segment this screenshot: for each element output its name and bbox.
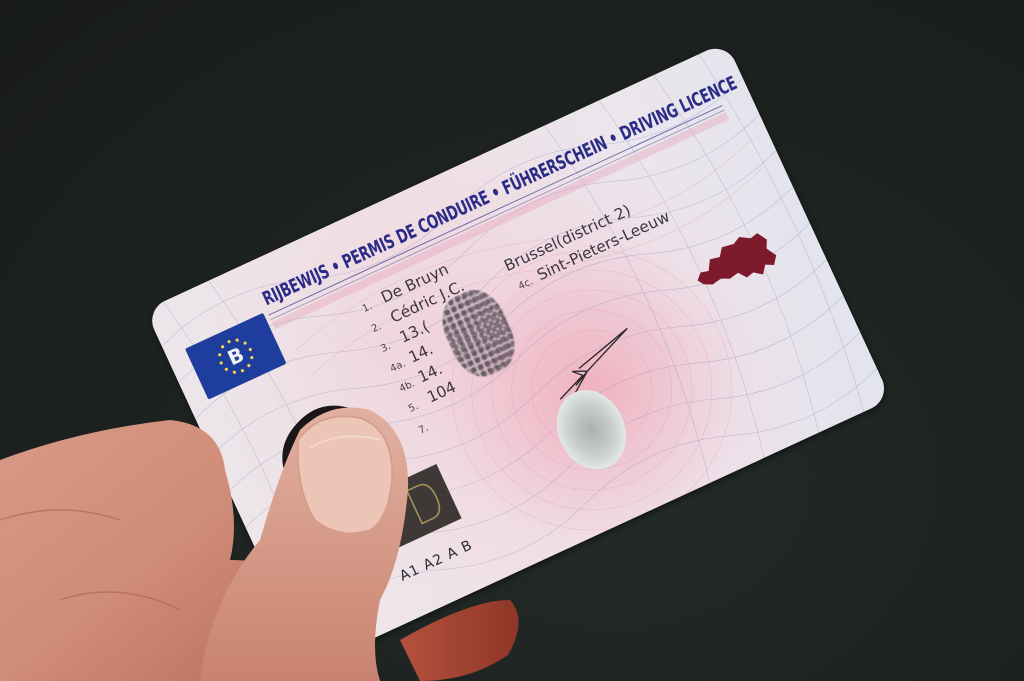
thumbnail (298, 416, 392, 533)
index-finger-under-card (400, 600, 519, 681)
hand (0, 0, 1024, 681)
photo-scene: B RIJBEWIJS • PERMIS DE CONDUIRE • FÜHRE… (0, 0, 1024, 681)
